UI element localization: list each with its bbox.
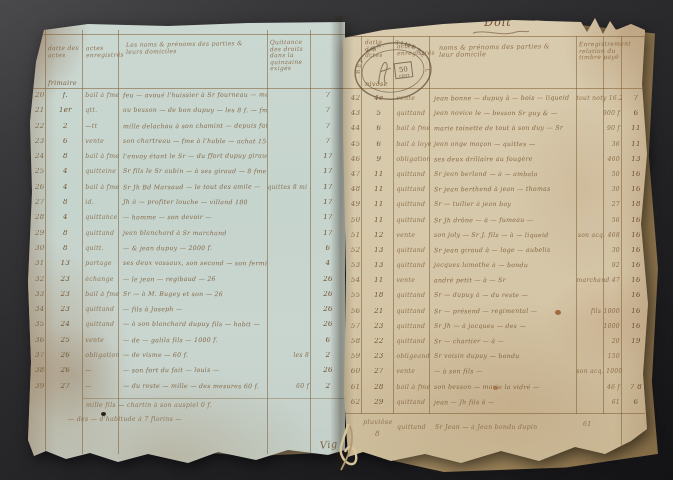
cell-date: 4e bbox=[363, 95, 394, 102]
cell-date: 4 bbox=[47, 168, 83, 175]
cell-date: 24 bbox=[47, 321, 83, 328]
cell-relation: 900 f bbox=[576, 110, 622, 117]
register-row: 222—ttmille delachau à son chamint — dep… bbox=[28, 123, 345, 138]
register-row: 5822quittandSr — chartier — à —2019 bbox=[343, 338, 650, 353]
cell-nature: obligation bbox=[394, 156, 431, 163]
cell-nature: bail à fme bbox=[83, 291, 120, 298]
cell-parties: — de — galila fils — 1000 f. bbox=[120, 336, 267, 344]
register-row: 264bail à fmeSr Jh Bd Marsaud — le tout … bbox=[28, 184, 345, 199]
cell-parties: son joly — Sr J. fils — à — liqueid bbox=[431, 231, 576, 239]
register-row: 5923obligeandSr voisin dupuy — bondu150 bbox=[343, 353, 650, 368]
cell-relation: marchand 47 bbox=[576, 277, 622, 284]
cell-nature: quittand bbox=[394, 262, 431, 269]
cell-droit: 16 bbox=[622, 171, 650, 178]
register-row: 284quittance— homme — son devoir —17 bbox=[28, 214, 345, 229]
cell-droit: 11 bbox=[622, 125, 650, 132]
cell-droit: 11 bbox=[622, 141, 650, 148]
cell-nature: qtt. bbox=[83, 107, 120, 114]
cell-parties: ses deux drillaire au fougère bbox=[431, 155, 576, 163]
cell-relation: fils 1000 bbox=[576, 308, 622, 315]
footer-nature: quittand bbox=[397, 424, 426, 431]
cell-date: 8 bbox=[47, 245, 83, 252]
cell-date: 6 bbox=[363, 125, 394, 132]
cell-parties: Sr fils le Sr aubin — à ses giraud — 8 f… bbox=[120, 168, 267, 176]
left-page-wrap: datte des actes actes enregistrés Les no… bbox=[28, 22, 345, 464]
cell-date: 2 bbox=[47, 123, 83, 130]
cell-droit: 16 bbox=[622, 308, 650, 315]
cell-nature: id. bbox=[83, 199, 120, 206]
cell-date: 23 bbox=[47, 276, 83, 283]
register-row: 248bail à fmel'envoy étant le Sr — du ff… bbox=[28, 153, 345, 168]
cell-nature: partage bbox=[83, 260, 120, 267]
cell-no: 35 bbox=[28, 321, 47, 328]
cell-relation: tout noty 16.2 bbox=[576, 95, 622, 102]
cell-parties: jean novice le — besson Sr guy & — bbox=[431, 110, 576, 118]
rust-speck bbox=[493, 386, 498, 390]
cell-parties: Sr Jh drône — à — fumeau — bbox=[431, 216, 576, 224]
cell-nature: quittand bbox=[394, 323, 431, 330]
cell-relation: son acq. 468 bbox=[576, 232, 622, 239]
cell-relation: les 8 bbox=[267, 352, 311, 359]
cell-nature: — bbox=[83, 383, 120, 390]
cell-parties: Sr jean giraud à — loge — aubelis bbox=[431, 246, 576, 254]
register-row: 4811quittandSr jean berthend à jean — th… bbox=[343, 186, 650, 201]
cell-nature: quittand bbox=[394, 201, 431, 208]
cell-nature: bail à fme bbox=[394, 384, 431, 391]
stamp-unit: CENT bbox=[399, 73, 411, 78]
cell-date: 26 bbox=[47, 352, 83, 359]
cell-nature: vente bbox=[394, 232, 431, 239]
cell-date: 8 bbox=[47, 199, 83, 206]
cell-relation: 92 bbox=[576, 262, 622, 269]
register-row: 5313quittandjacques lamothe à — bondu921… bbox=[343, 262, 650, 277]
cell-nature: quittand bbox=[83, 321, 120, 328]
cell-relation: son acq. 1000 bbox=[576, 368, 622, 375]
cell-nature: bail à fme bbox=[83, 92, 120, 99]
cell-date: 11 bbox=[363, 186, 394, 193]
cell-droit: 13 bbox=[622, 156, 650, 163]
cell-no: 31 bbox=[28, 260, 47, 267]
cell-date: 4 bbox=[47, 214, 83, 221]
cell-droit: 6 bbox=[622, 110, 650, 117]
register-row: 446bail à fmemarie toinette de tout à so… bbox=[343, 125, 650, 140]
cell-relation: 27 bbox=[576, 201, 622, 208]
cell-date: 11 bbox=[363, 217, 394, 224]
cell-parties: — à son blanchard dupuy fils — habit — bbox=[120, 321, 267, 329]
page-title: Doit bbox=[443, 16, 553, 29]
cell-nature: — bbox=[83, 367, 120, 374]
cell-relation: 30 bbox=[576, 186, 622, 193]
cell-date: 27 bbox=[363, 368, 394, 375]
cell-nature: quitteine bbox=[83, 168, 120, 175]
month-label: frimaire bbox=[48, 79, 77, 87]
cell-parties: son besson — marie la vidré — bbox=[431, 383, 576, 391]
cell-date: 8 bbox=[47, 230, 83, 237]
svg-text:RÉP. FRA. · TIMBRE · LOIRE: RÉP. FRA. · TIMBRE · LOIRE bbox=[348, 35, 431, 84]
register-row: 236venteson chartreau — fme à l'hable — … bbox=[28, 138, 345, 153]
cell-no: 24 bbox=[28, 153, 47, 160]
cell-nature: quittand bbox=[394, 110, 431, 117]
rule-line bbox=[83, 398, 345, 399]
cell-droit: 16 bbox=[622, 232, 650, 239]
spine-shadow bbox=[330, 16, 354, 468]
cell-nature: bail à fme bbox=[83, 153, 120, 160]
cell-droit: 18 bbox=[622, 201, 650, 208]
cell-date: 23 bbox=[47, 306, 83, 313]
register-row: 4911quittandSr — tuilier à jean bay2718 bbox=[343, 201, 650, 216]
cell-no: 38 bbox=[28, 367, 47, 374]
cell-date: 11 bbox=[363, 277, 394, 284]
register-row: 5112venteson joly — Sr J. fils — à — liq… bbox=[343, 232, 650, 247]
rule-line bbox=[28, 88, 345, 89]
footer-line: — des — d'habitude à 7 florins — bbox=[68, 416, 182, 423]
register-row: 469obligationses deux drillaire au fougè… bbox=[343, 156, 650, 171]
register-row: 254quitteineSr fils le Sr aubin — à ses … bbox=[28, 168, 345, 183]
cell-date: 9 bbox=[363, 156, 394, 163]
cell-no: 36 bbox=[28, 337, 47, 344]
cell-no: 22 bbox=[28, 123, 47, 130]
cell-parties: andré petit — à — Sr bbox=[431, 277, 576, 285]
cell-nature: quittand bbox=[394, 338, 431, 345]
cell-no: 20 bbox=[28, 92, 47, 99]
cell-nature: quitt. bbox=[83, 245, 120, 252]
cell-date: 27 bbox=[47, 383, 83, 390]
cell-date: 4 bbox=[47, 184, 83, 191]
cell-nature: quittand bbox=[394, 171, 431, 178]
cell-parties: jean ange maçon — quittes — bbox=[431, 140, 576, 148]
cell-nature: quittand bbox=[394, 399, 431, 406]
cell-nature: bail à loyer bbox=[394, 141, 431, 148]
cell-droit: 6 bbox=[622, 399, 650, 406]
cell-droit: 16 bbox=[622, 186, 650, 193]
cell-droit: 16 bbox=[622, 217, 650, 224]
cell-droit: 19 bbox=[622, 338, 650, 345]
cell-date: 1er bbox=[47, 107, 83, 114]
cell-parties: — à son fils — bbox=[431, 368, 576, 376]
register-row: 3726obligation— de visme — 60 f.les 82 bbox=[28, 352, 345, 367]
cell-no: 26 bbox=[28, 184, 47, 191]
register-row: 211erqtt.au besson — de bon dupuy — les … bbox=[28, 107, 345, 122]
binding-thread bbox=[318, 422, 378, 480]
right-page-wrap: Doit datte des actes actes enregistrés n… bbox=[343, 14, 650, 466]
cell-parties: l'envoy étant le Sr — du ffort dupuy gir… bbox=[120, 153, 267, 161]
cell-date: 23 bbox=[363, 353, 394, 360]
footer-parties: Sr Jean — à Jean bondu dupin bbox=[435, 424, 537, 431]
cell-nature: obligation bbox=[83, 352, 120, 359]
cell-parties: Sr Jh Bd Marsaud — le tout des amile — bbox=[120, 183, 267, 191]
stamp-figure bbox=[376, 62, 392, 84]
cell-nature: quittand bbox=[394, 217, 431, 224]
cell-parties: Jh à — profiter louche — villand 180 bbox=[120, 199, 267, 207]
register-row: 435quittandjean novice le — besson Sr gu… bbox=[343, 110, 650, 125]
cell-relation: 61 bbox=[576, 399, 622, 406]
cell-parties: Sr — à M. Bugey et son — 26 bbox=[120, 291, 267, 299]
footer-line: mille fils — chartin à son auspiel 0 f. bbox=[86, 402, 212, 409]
cell-nature: —tt bbox=[83, 123, 120, 130]
cell-no: 34 bbox=[28, 306, 47, 313]
cell-no: 30 bbox=[28, 245, 47, 252]
register-row: 456bail à loyerjean ange maçon — quittes… bbox=[343, 141, 650, 156]
register-row: 3625vente— de — galila fils — 1000 f.6 bbox=[28, 337, 345, 352]
cell-droit: 16 bbox=[622, 323, 650, 330]
cell-no: 39 bbox=[28, 383, 47, 390]
cell-parties: Sr Jh — à jacques — des — bbox=[431, 322, 576, 330]
photographed-register-spread: datte des actes actes enregistrés Les no… bbox=[0, 0, 673, 480]
cell-relation: 150 bbox=[576, 353, 622, 360]
cell-date: 23 bbox=[47, 291, 83, 298]
cell-date: 5 bbox=[363, 110, 394, 117]
cell-nature: vente bbox=[394, 368, 431, 375]
register-row: 4711quittandSr jean berland — à — ambala… bbox=[343, 171, 650, 186]
cell-relation: 20 bbox=[576, 338, 622, 345]
cell-parties: — du reste — mille — des mesures 60 f. bbox=[120, 382, 267, 390]
cell-no: 21 bbox=[28, 107, 47, 114]
cell-parties: Sr — tuilier à jean bay bbox=[431, 201, 576, 209]
cell-nature: quittand bbox=[394, 308, 431, 315]
cell-parties: jean blanchard à Sr marchand bbox=[120, 229, 267, 237]
cell-parties: — homme — son devoir — bbox=[120, 214, 267, 222]
cell-nature: quittand bbox=[394, 292, 431, 299]
register-row: 3927—— du reste — mille — des mesures 60… bbox=[28, 383, 345, 398]
register-row: 20f.bail à fmefeu — avoué l'huissier à S… bbox=[28, 92, 345, 107]
cell-date: 11 bbox=[363, 201, 394, 208]
right-page: Doit datte des actes actes enregistrés n… bbox=[343, 14, 650, 466]
cell-no: 29 bbox=[28, 230, 47, 237]
cell-date: 12 bbox=[363, 232, 394, 239]
cell-date: 18 bbox=[363, 292, 394, 299]
cell-nature: quittand bbox=[83, 230, 120, 237]
cell-date: 21 bbox=[363, 308, 394, 315]
cell-parties: Sr — chartier — à — bbox=[431, 338, 576, 346]
cell-date: 8 bbox=[47, 153, 83, 160]
cell-nature: vente bbox=[394, 95, 431, 102]
cell-parties: Sr jean berthend à jean — thomas bbox=[431, 186, 576, 194]
footer-relation: 61 bbox=[583, 421, 591, 428]
cell-no: 33 bbox=[28, 291, 47, 298]
cell-relation: 460 bbox=[576, 156, 622, 163]
ink-speck bbox=[101, 412, 106, 416]
cell-parties: son chartreau — fme à l'hable — achat 15… bbox=[120, 138, 267, 146]
register-row: 3826—— son fort du fait — louis —26 bbox=[28, 367, 345, 382]
register-row: 3223échange— le jean — regibaud — 2626 bbox=[28, 276, 345, 291]
cell-parties: Sr voisin dupuy — bondu bbox=[431, 353, 576, 361]
cell-nature: quittand bbox=[83, 306, 120, 313]
cell-parties: — & jean dupuy — 2000 f. bbox=[120, 245, 267, 253]
cell-parties: — de visme — 60 f. bbox=[120, 352, 267, 360]
cell-no: 28 bbox=[28, 214, 47, 221]
cell-nature: vente bbox=[83, 138, 120, 145]
cell-droit: 7 8 bbox=[622, 384, 650, 391]
register-row: 6229quittandjean — Jh fils à —616 bbox=[343, 399, 650, 414]
register-row: 3113partageses deux vassaux, son second … bbox=[28, 260, 345, 275]
cell-nature: bail à fme bbox=[394, 125, 431, 132]
register-row: 3323bail à fmeSr — à M. Bugey et son — 2… bbox=[28, 291, 345, 306]
cell-nature: obligeand bbox=[394, 353, 431, 360]
cell-nature: vente bbox=[394, 277, 431, 284]
rule-line bbox=[28, 34, 345, 35]
cell-nature: quittand bbox=[394, 247, 431, 254]
cell-nature: quittand bbox=[394, 186, 431, 193]
column-header-relation: Enregistrement relation du timbre payé bbox=[579, 42, 619, 62]
register-row: 6027vente— à son fils —son acq. 1000 bbox=[343, 368, 650, 383]
cell-relation: 56 bbox=[576, 217, 622, 224]
register-row: 5011quittandSr Jh drône — à — fumeau —56… bbox=[343, 217, 650, 232]
cell-nature: échange bbox=[83, 276, 120, 283]
register-rows: 424eventejean bonne — dupuy à — bois — l… bbox=[343, 95, 650, 414]
cell-date: 6 bbox=[363, 141, 394, 148]
cell-parties: Sr jean berland — à — ambala bbox=[431, 171, 576, 179]
column-header-nature: actes enregistrés bbox=[86, 46, 116, 60]
rust-speck bbox=[555, 310, 561, 315]
title-flourish bbox=[471, 29, 531, 37]
cell-parties: marie toinette de tout à son duy — Sr bbox=[431, 125, 576, 133]
cell-droit: 16 bbox=[622, 247, 650, 254]
cell-droit: 16 bbox=[622, 292, 650, 299]
register-row: 3423quittand— fils à Joseph —26 bbox=[28, 306, 345, 321]
cell-droit: 16 bbox=[622, 277, 650, 284]
cell-nature: quittance bbox=[83, 214, 120, 221]
cell-parties: mille delachau à son chamint — depuis fa… bbox=[120, 122, 267, 130]
cell-date: f. bbox=[47, 92, 83, 99]
register-row: 5411venteandré petit — à — Srmarchand 47… bbox=[343, 277, 650, 292]
column-header-parties: noms & prénoms des parties & leur domici… bbox=[439, 43, 564, 58]
cell-parties: au besson — de bon dupuy — les 8 f. — fm… bbox=[120, 107, 267, 115]
cell-relation: 30 bbox=[576, 247, 622, 254]
cell-date: 6 bbox=[47, 138, 83, 145]
cell-date: 13 bbox=[363, 247, 394, 254]
left-page: datte des actes actes enregistrés Les no… bbox=[28, 22, 345, 464]
cell-relation: 90 f bbox=[576, 125, 622, 132]
cell-no: 23 bbox=[28, 138, 47, 145]
cell-relation: 50 bbox=[576, 171, 622, 178]
cell-droit: 7 bbox=[622, 95, 650, 102]
cell-date: 28 bbox=[363, 384, 394, 391]
cell-date: 22 bbox=[363, 338, 394, 345]
cell-parties: — le jean — regibaud — 26 bbox=[120, 275, 267, 283]
cell-parties: — fils à Joseph — bbox=[120, 306, 267, 314]
column-header-parties: Les noms & prénoms des parties & leurs d… bbox=[126, 41, 246, 56]
register-row: 298quittandjean blanchard à Sr marchand1… bbox=[28, 230, 345, 245]
cell-droit: 16 bbox=[622, 262, 650, 269]
register-row: 5518quittandSr — dupuy à — du reste —16 bbox=[343, 292, 650, 307]
column-header-relation: Quittance des droits dans la quinzaine e… bbox=[270, 40, 308, 73]
cell-relation: 46 f bbox=[576, 384, 622, 391]
register-row: 3524quittand— à son blanchard dupuy fils… bbox=[28, 321, 345, 336]
cell-date: 25 bbox=[47, 337, 83, 344]
cell-parties: — son fort du fait — louis — bbox=[120, 367, 267, 375]
cell-parties: jacques lamothe à — bondu bbox=[431, 262, 576, 270]
cell-no: 25 bbox=[28, 168, 47, 175]
cell-parties: ses deux vassaux, son second — son fermi… bbox=[120, 260, 267, 268]
cell-date: 13 bbox=[47, 260, 83, 267]
cell-parties: feu — avoué l'huissier à Sr fourneau — m… bbox=[120, 92, 267, 100]
register-row: 5621quittandSr — présend — regimental —f… bbox=[343, 308, 650, 323]
cell-nature: vente bbox=[83, 337, 120, 344]
register-row: 308quitt.— & jean dupuy — 2000 f.6 bbox=[28, 245, 345, 260]
cell-date: 29 bbox=[363, 399, 394, 406]
cell-date: 23 bbox=[363, 323, 394, 330]
register-row: 5723quittandSr Jh — à jacques — des —100… bbox=[343, 323, 650, 338]
cell-relation: quittes 8 mi 113 bbox=[267, 184, 311, 191]
cell-nature: bail à fme bbox=[83, 184, 120, 191]
cell-no: 37 bbox=[28, 352, 47, 359]
cell-relation: 1000 bbox=[576, 323, 622, 330]
cell-relation: 36 bbox=[576, 141, 622, 148]
cell-date: 26 bbox=[47, 367, 83, 374]
cell-relation: 60 f bbox=[267, 383, 311, 390]
cell-parties: Sr — dupuy à — du reste — bbox=[431, 292, 576, 300]
cell-no: 32 bbox=[28, 276, 47, 283]
register-row: 278id.Jh à — profiter louche — villand 1… bbox=[28, 199, 345, 214]
cell-date: 13 bbox=[363, 262, 394, 269]
column-header-date: datte des actes bbox=[48, 46, 80, 60]
cell-date: 11 bbox=[363, 171, 394, 178]
register-rows: 20f.bail à fmefeu — avoué l'huissier à S… bbox=[28, 92, 345, 398]
register-row: 424eventejean bonne — dupuy à — bois — l… bbox=[343, 95, 650, 110]
cell-parties: jean bonne — dupuy à — bois — liqueid bbox=[431, 95, 576, 103]
register-row: 5213quittandSr jean giraud à — loge — au… bbox=[343, 247, 650, 262]
cell-no: 27 bbox=[28, 199, 47, 206]
cell-parties: jean — Jh fils à — bbox=[431, 398, 576, 406]
